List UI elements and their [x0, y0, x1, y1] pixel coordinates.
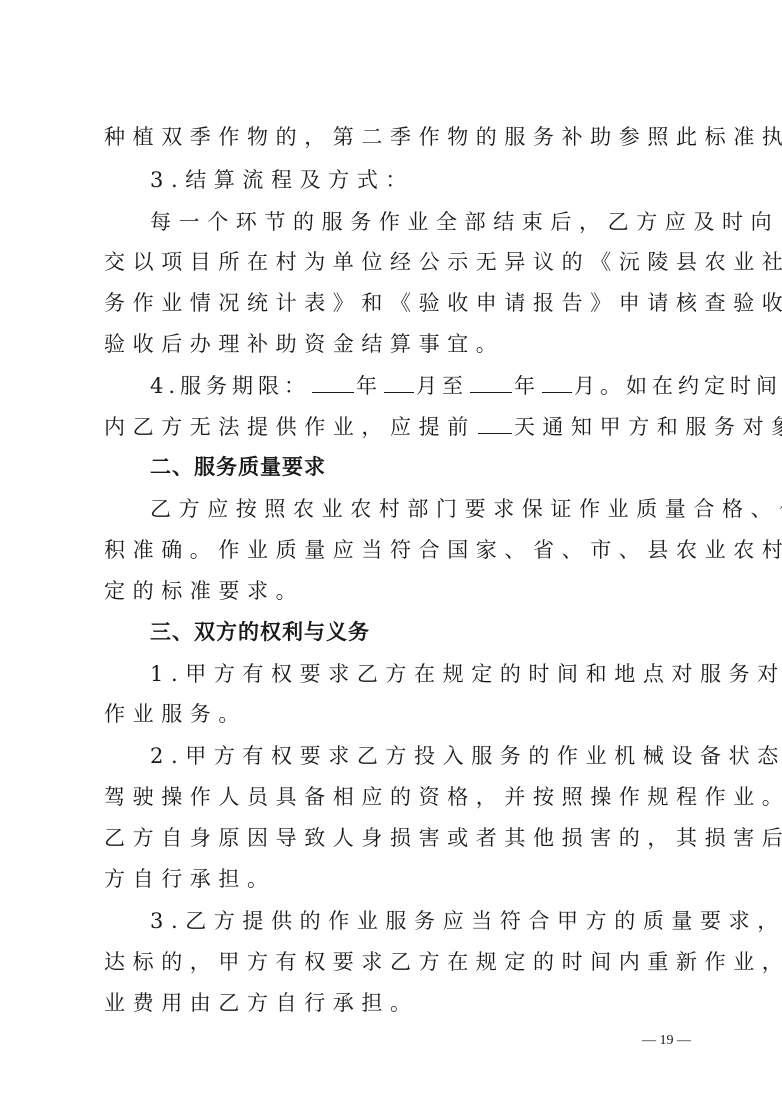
- blank-end-month: [542, 374, 572, 393]
- month-to-label: 月至: [416, 374, 468, 398]
- notice-suffix: 天通知甲方和服务对象。: [514, 415, 782, 439]
- blank-end-year: [470, 374, 512, 393]
- year-label: 年: [514, 374, 540, 398]
- paragraph-line: 积准确。作业质量应当符合国家、省、市、县农业农村部门规: [104, 537, 782, 563]
- section-heading: 二、服务质量要求: [150, 454, 326, 480]
- paragraph-line: 乙方自身原因导致人身损害或者其他损害的，其损害后果由乙: [104, 825, 782, 851]
- paragraph-line: 种植双季作物的，第二季作物的服务补助参照此标准执行。: [104, 124, 782, 150]
- blank-start-month: [384, 374, 414, 393]
- paragraph-line: 3.乙方提供的作业服务应当符合甲方的质量要求，质量不: [150, 908, 782, 934]
- paragraph-line: 方自行承担。: [104, 866, 276, 892]
- paragraph-line: 1.甲方有权要求乙方在规定的时间和地点对服务对象开展: [150, 661, 782, 687]
- paragraph-line: 验收后办理补助资金结算事宜。: [104, 331, 504, 357]
- notice-prefix: 内乙方无法提供作业，应提前: [104, 415, 476, 439]
- paragraph-line: 务作业情况统计表》和《验收申请报告》申请核查验收。核查: [104, 290, 782, 316]
- service-period-prefix: 4.服务期限：: [150, 374, 310, 398]
- service-period-line-2: 内乙方无法提供作业，应提前天通知甲方和服务对象。: [104, 414, 782, 440]
- service-period-line: 4.服务期限：年月至年月。如在约定时间: [150, 373, 782, 399]
- paragraph-line: 驾驶操作人员具备相应的资格，并按照操作规程作业。若由于: [104, 784, 782, 810]
- paragraph-line: 定的标准要求。: [104, 578, 304, 604]
- paragraph-line: 作业服务。: [104, 701, 247, 727]
- section-heading: 三、双方的权利与义务: [150, 619, 370, 645]
- paragraph-line: 达标的，甲方有权要求乙方在规定的时间内重新作业，重新作: [104, 949, 782, 975]
- month-label: 月。如在约定时间: [574, 374, 782, 398]
- blank-days: [478, 415, 512, 434]
- page-number: — 19 —: [642, 1033, 691, 1049]
- paragraph-line: 每一个环节的服务作业全部结束后，乙方应及时向甲方提: [150, 209, 782, 235]
- year-label: 年: [356, 374, 382, 398]
- paragraph-line: 乙方应按照农业农村部门要求保证作业质量合格、作业面: [150, 496, 782, 522]
- paragraph-line: 2.甲方有权要求乙方投入服务的作业机械设备状态良好，: [150, 743, 782, 769]
- paragraph-line: 3.结算流程及方式：: [150, 167, 414, 193]
- paragraph-line: 交以项目所在村为单位经公示无异议的《沅陵县农业社会化服: [104, 249, 782, 275]
- paragraph-line: 业费用由乙方自行承担。: [104, 990, 419, 1016]
- blank-start-year: [312, 374, 354, 393]
